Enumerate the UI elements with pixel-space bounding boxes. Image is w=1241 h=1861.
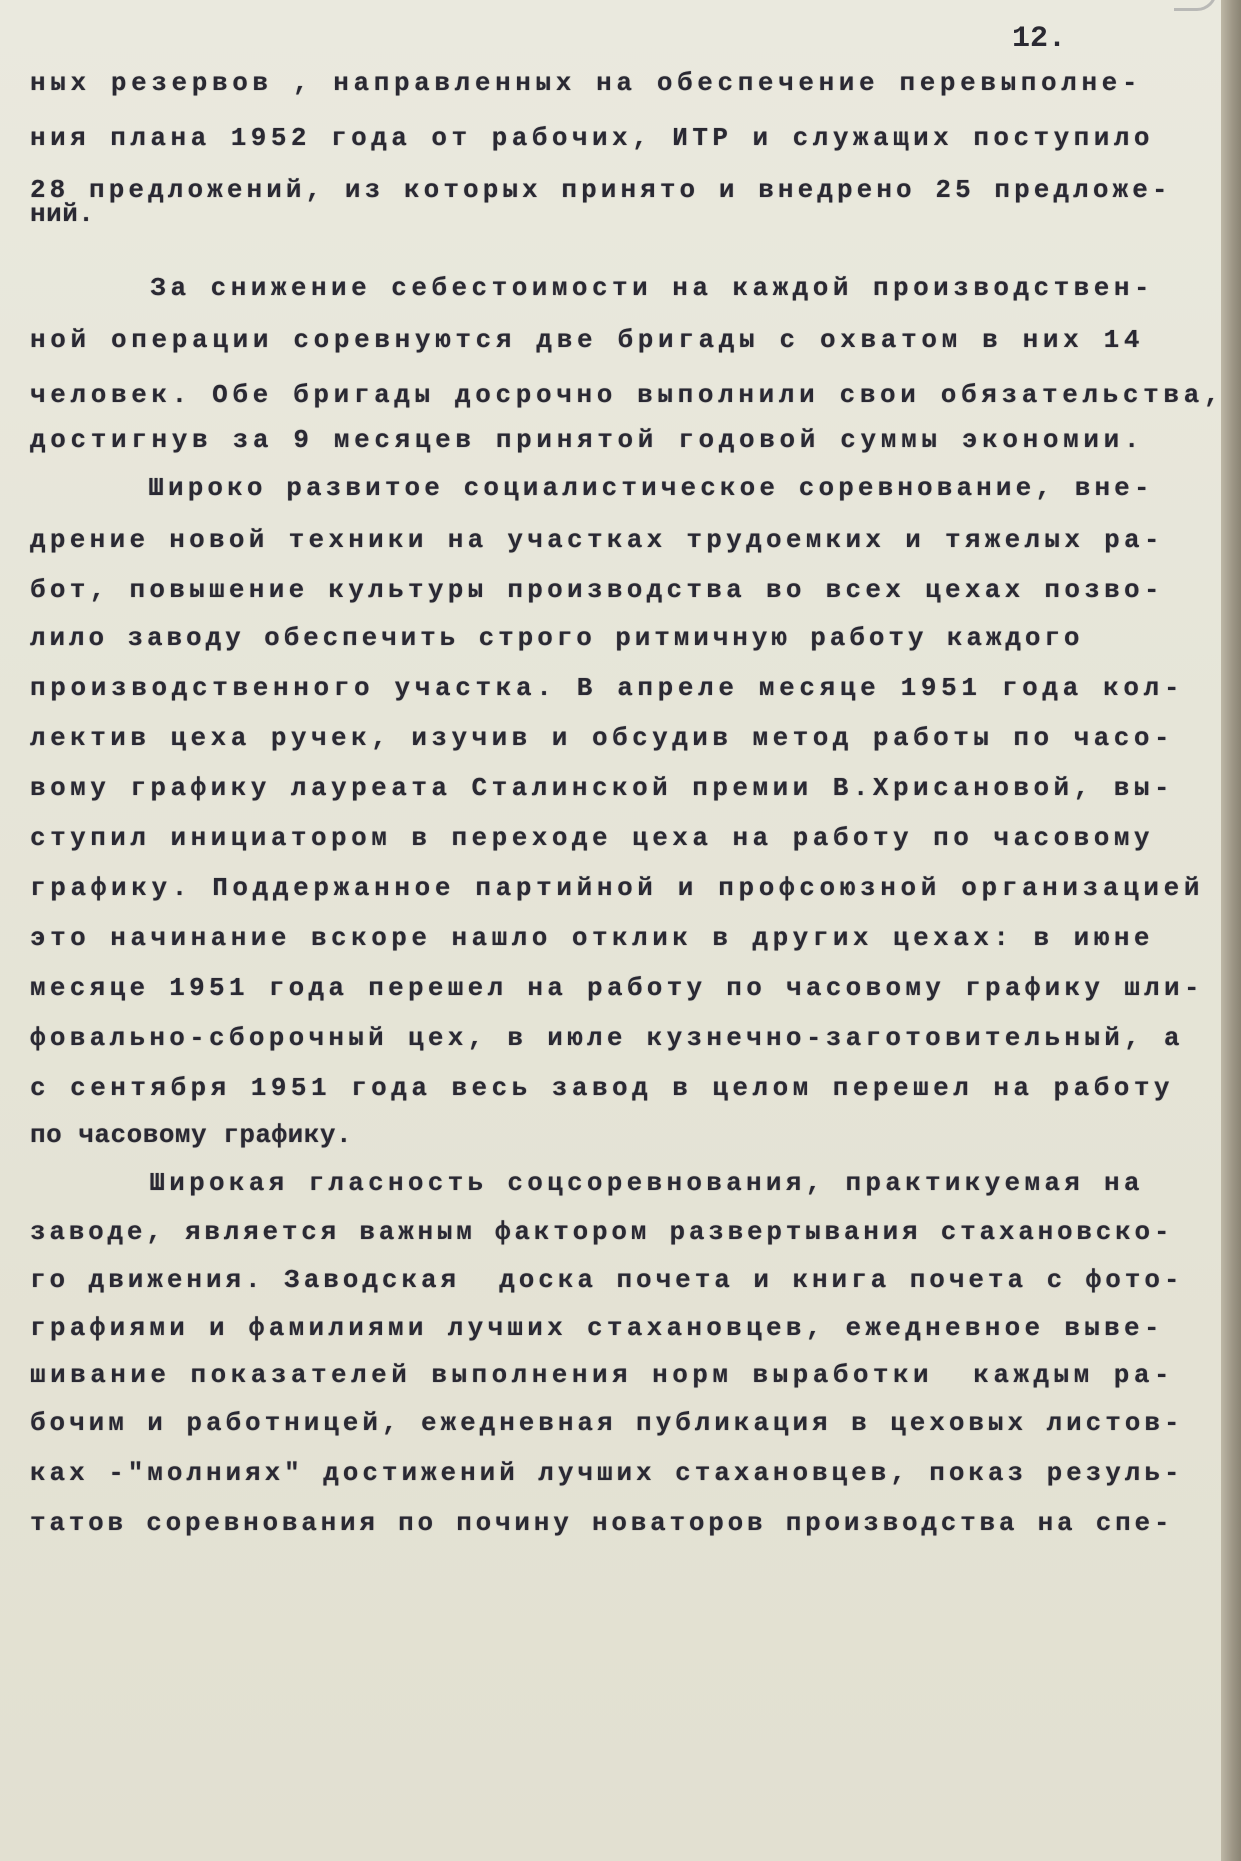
- text-line: ния плана 1952 года от рабочих, ИТР и сл…: [30, 123, 1154, 153]
- text-line: графиями и фамилиями лучших стахановцев,…: [30, 1313, 1164, 1343]
- text-line: татов соревнования по почину новаторов п…: [30, 1508, 1173, 1538]
- text-line: заводе, является важным фактором разверт…: [30, 1217, 1173, 1247]
- text-line: по часовому графику.: [30, 1120, 352, 1150]
- text-line: бочим и работницей, ежедневная публикаци…: [30, 1408, 1183, 1438]
- text-line: человек. Обе бригады досрочно выполнили …: [30, 380, 1224, 410]
- text-line: ной операции соревнуются две бригады с о…: [30, 325, 1144, 355]
- text-line: ний.: [30, 199, 94, 229]
- text-line: За снижение себестоимости на каждой прои…: [30, 273, 1154, 303]
- page-number: 12.: [1012, 22, 1066, 56]
- text-line: 28 предложений, из которых принято и вне…: [30, 175, 1172, 205]
- text-line: месяце 1951 года перешел на работу по ча…: [30, 973, 1204, 1003]
- text-line: ных резервов , направленных на обеспечен…: [30, 68, 1142, 98]
- text-line: фовально-сборочный цех, в июле кузнечно-…: [30, 1023, 1184, 1053]
- text-line: ках -"молниях" достижений лучших стахано…: [30, 1458, 1183, 1488]
- text-line: Широкая гласность соцсоревнования, практ…: [30, 1168, 1144, 1198]
- page-edge-shadow: [1221, 0, 1241, 1861]
- text-line: лило заводу обеспечить строго ритмичную …: [30, 623, 1083, 653]
- text-line: лектив цеха ручек, изучив и обсудив мето…: [30, 723, 1174, 753]
- text-line: го движения. Заводская доска почета и кн…: [30, 1265, 1183, 1295]
- text-line: вому графику лауреата Сталинской премии …: [30, 773, 1174, 803]
- text-line: это начинание вскоре нашло отклик в друг…: [30, 923, 1154, 953]
- text-line: графику. Поддержанное партийной и профсо…: [30, 873, 1204, 903]
- text-line: с сентября 1951 года весь завод в целом …: [30, 1073, 1174, 1103]
- text-line: дрение новой техники на участках трудоем…: [30, 525, 1164, 555]
- text-line: шивание показателей выполнения норм выра…: [30, 1360, 1174, 1390]
- text-line: ступил инициатором в переходе цеха на ра…: [30, 823, 1154, 853]
- text-line: бот, повышение культуры производства во …: [30, 575, 1164, 605]
- text-line: Широко развитое социалистическое соревно…: [30, 473, 1154, 503]
- text-line: достигнув за 9 месяцев принятой годовой …: [30, 425, 1144, 455]
- text-line: производственного участка. В апреле меся…: [30, 673, 1184, 703]
